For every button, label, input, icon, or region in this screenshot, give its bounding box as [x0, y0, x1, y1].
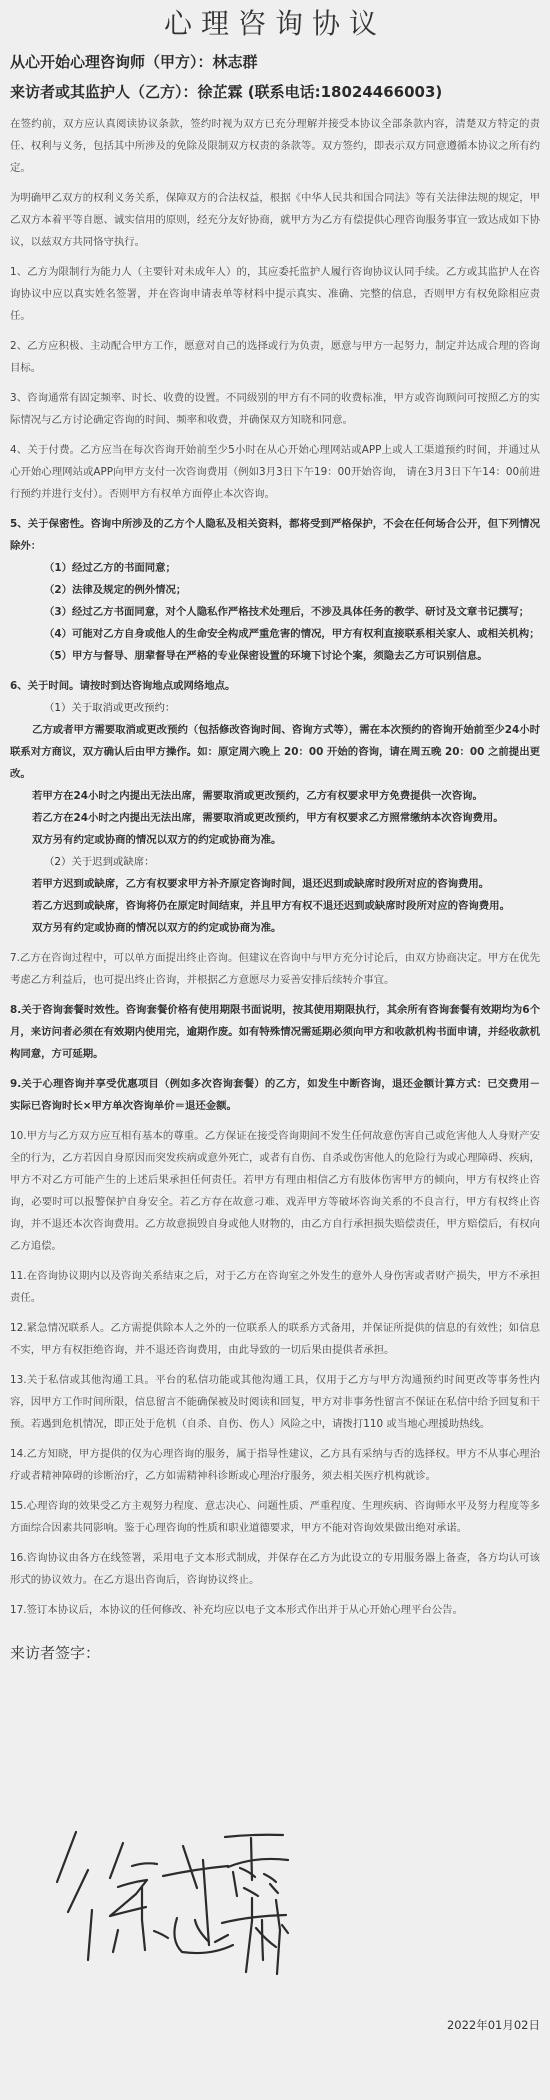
- clause-5-lead: 5、关于保密性。咨询中所涉及的乙方个人隐私及相关资料，都将受到严格保护，不会在任…: [10, 513, 540, 557]
- clause-15: 15.心理咨询的效果受乙方主观努力程度、意志决心、问题性质、严重程度、生理疾病、…: [10, 1495, 540, 1539]
- clause-6-sub1-title: （1）关于取消或更改预约：: [10, 697, 540, 719]
- clause-6-sub1-p4: 双方另有约定或协商的情况以双方的约定或协商为准。: [10, 829, 540, 851]
- clause-5-confidentiality: 5、关于保密性。咨询中所涉及的乙方个人隐私及相关资料，都将受到严格保护，不会在任…: [10, 513, 540, 667]
- agreement-page: 心理咨询协议 从心开始心理咨询师（甲方）：林志群 来访者或其监护人（乙方）：徐芷…: [0, 0, 550, 1665]
- clause-5-item: （5）甲方与督导、朋辈督导在严格的专业保密设置的环境下讨论个案，须隐去乙方可识别…: [10, 645, 540, 667]
- intro-paragraph-1: 在签约前，双方应认真阅读协议条款，签约时视为双方已充分理解并接受本协议全部条款内…: [10, 113, 540, 179]
- clause-5-item: （4）可能对乙方自身或他人的生命安全构成严重危害的情况，甲方有权利直接联系相关家…: [10, 623, 540, 645]
- clause-6-sub1-p1: 乙方或者甲方需要取消或更改预约（包括修改咨询时间、咨询方式等），需在本次预约的咨…: [10, 719, 540, 785]
- clause-5-item: （2）法律及规定的例外情况；: [10, 579, 540, 601]
- clause-13: 13.关于私信或其他沟通工具。平台的私信功能或其他沟通工具，仅用于乙方与甲方沟通…: [10, 1369, 540, 1435]
- clause-6-sub2-p3: 双方另有约定或协商的情况以双方的约定或协商为准。: [10, 917, 540, 939]
- clause-4: 4、关于付费。乙方应当在每次咨询开始前至少5小时在从心开始心理网站或APP上或人…: [10, 439, 540, 505]
- party-a-line: 从心开始心理咨询师（甲方）：林志群: [10, 47, 540, 77]
- clause-3: 3、咨询通常有固定频率、时长、收费的设置。不同级别的甲方有不同的收费标准，甲方或…: [10, 387, 540, 431]
- signature-label: 来访者签字：: [10, 1641, 540, 1665]
- clause-10: 10.甲方与乙方双方应互相有基本的尊重。乙方保证在接受咨询期间不发生任何故意伤害…: [10, 1125, 540, 1257]
- clause-16: 16.咨询协议由各方在线签署，采用电子文本形式制成，并保存在乙方为此设立的专用服…: [10, 1547, 540, 1591]
- clause-6-sub1-p2: 若甲方在24小时之内提出无法出席，需要取消或更改预约，乙方有权要求甲方免费提供一…: [10, 785, 540, 807]
- party-b-line: 来访者或其监护人（乙方）：徐芷霖 (联系电话:18024466003): [10, 77, 540, 107]
- clause-14: 14.乙方知晓，甲方提供的仅为心理咨询的服务，属于指导性建议，乙方具有采纳与否的…: [10, 1443, 540, 1487]
- document-title: 心理咨询协议: [10, 0, 540, 44]
- clause-1: 1、乙方为限制行为能力人（主要针对未成年人）的，其应委托监护人履行咨询协议认同手…: [10, 261, 540, 327]
- clause-6-sub2-p1: 若甲方迟到或缺席，乙方有权要求甲方补齐原定咨询时间，退还迟到或缺席时段所对应的咨…: [10, 873, 540, 895]
- clause-8: 8.关于咨询套餐时效性。咨询套餐价格有使用期限书面说明，按其使用期限执行，其余所…: [10, 999, 540, 1065]
- clause-11: 11.在咨询协议期内以及咨询关系结束之后，对于乙方在咨询室之外发生的意外人身伤害…: [10, 1265, 540, 1309]
- clause-6-sub2-p2: 若乙方迟到或缺席，咨询将仍在原定时间结束，并且甲方有权不退还迟到或缺席时段所对应…: [10, 895, 540, 917]
- clause-9: 9.关于心理咨询并享受优惠项目（例如多次咨询套餐）的乙方，如发生中断咨询，退还金…: [10, 1073, 540, 1117]
- clause-5-item: （3）经过乙方书面同意，对个人隐私作严格技术处理后，不涉及具体任务的教学、研讨及…: [10, 601, 540, 623]
- handwritten-signature: [0, 1770, 320, 1990]
- clause-5-item: （1）经过乙方的书面同意；: [10, 557, 540, 579]
- intro-paragraph-2: 为明确甲乙双方的权利义务关系，保障双方的合法权益，根据《中华人民共和国合同法》等…: [10, 187, 540, 253]
- clause-6-sub1-p3: 若乙方在24小时之内提出无法出席，需要取消或更改预约，甲方有权要求乙方照常缴纳本…: [10, 807, 540, 829]
- clause-6-sub2-title: （2）关于迟到或缺席：: [10, 851, 540, 873]
- signing-date: 2022年01月02日: [447, 2017, 540, 2033]
- clause-6-lead: 6、关于时间。请按时到达咨询地点或网络地点。: [10, 675, 540, 697]
- clause-7: 7.乙方在咨询过程中，可以单方面提出终止咨询。但建议在咨询中与甲方充分讨论后，由…: [10, 947, 540, 991]
- clause-2: 2、乙方应积极、主动配合甲方工作，愿意对自己的选择或行为负责，愿意与甲方一起努力…: [10, 335, 540, 379]
- clause-17: 17.签订本协议后，本协议的任何修改、补充均应以电子文本形式作出并于从心开始心理…: [10, 1599, 540, 1621]
- clause-12: 12.紧急情况联系人。乙方需提供除本人之外的一位联系人的联系方式备用，并保证所提…: [10, 1317, 540, 1361]
- clause-6-time: 6、关于时间。请按时到达咨询地点或网络地点。 （1）关于取消或更改预约： 乙方或…: [10, 675, 540, 939]
